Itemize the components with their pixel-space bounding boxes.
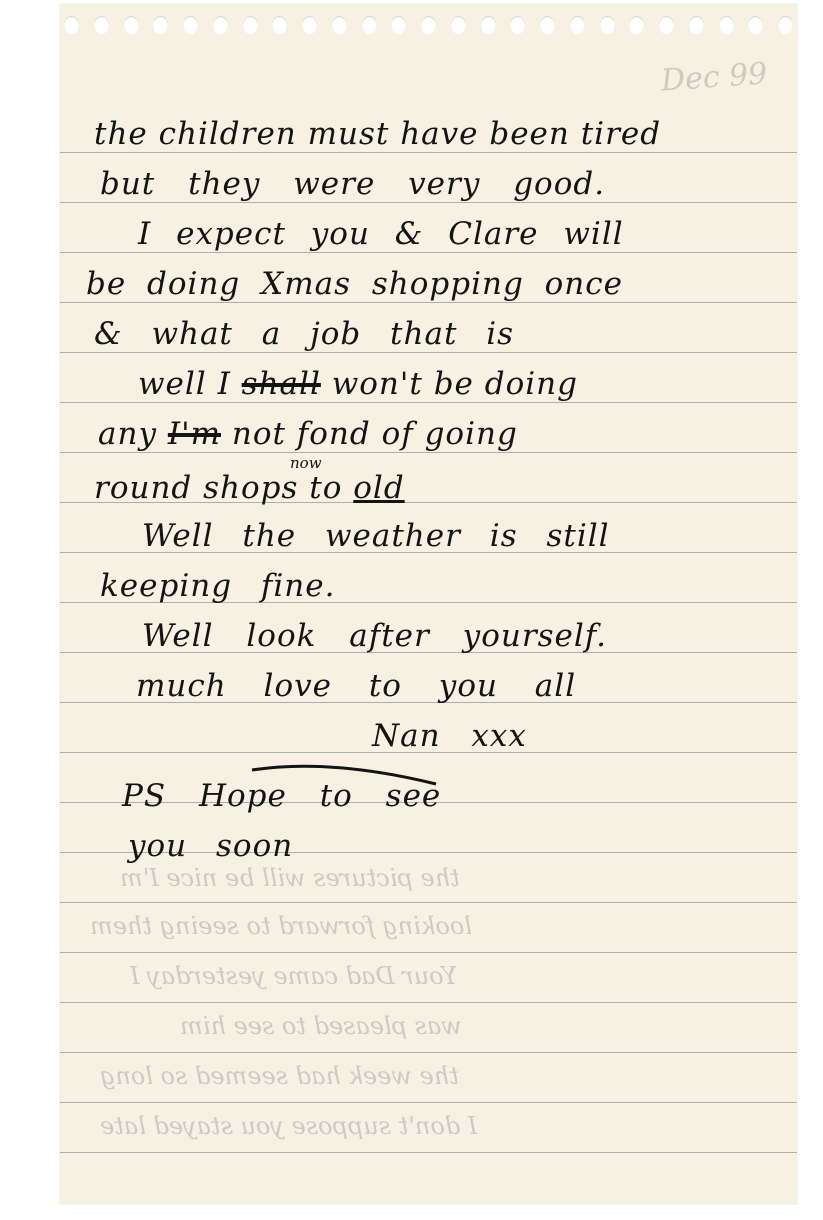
postscript-line: PS Hope to see: [122, 778, 441, 814]
ruled-line: [60, 202, 797, 203]
ruled-line: [60, 1052, 797, 1053]
struck-word: shall: [242, 366, 321, 402]
ruled-line: [60, 902, 797, 903]
letter-line: Well look after yourself.: [142, 618, 607, 654]
ruled-line: [60, 402, 797, 403]
letter-page: Dec 99 the pictures will be nice I'm loo…: [60, 4, 797, 1204]
perforation-hole: [124, 16, 139, 34]
text-segment: not fond of going: [221, 416, 518, 452]
bleed-through-text: Your Dad came yesterday I: [130, 962, 457, 990]
perforation-holes: [60, 16, 797, 40]
perforation-hole: [94, 16, 109, 34]
signature: Nan xxx: [372, 718, 527, 754]
bleed-through-text: the week had seemed so long: [100, 1062, 459, 1090]
perforation-hole: [421, 16, 436, 34]
letter-line: any I'm not fond of going: [98, 416, 518, 452]
text-segment: any: [98, 416, 168, 452]
perforation-hole: [391, 16, 406, 34]
perforation-hole: [689, 16, 704, 34]
struck-word: I'm: [168, 416, 221, 452]
ruled-line: [60, 952, 797, 953]
perforation-hole: [272, 16, 287, 34]
text-segment: well I: [138, 366, 242, 402]
letter-line: well I shall won't be doing: [138, 366, 578, 402]
ruled-line: [60, 252, 797, 253]
perforation-hole: [243, 16, 258, 34]
perforation-hole: [64, 16, 79, 34]
bleed-through-text: the pictures will be nice I'm: [120, 864, 460, 892]
perforation-hole: [540, 16, 555, 34]
letter-line: keeping fine.: [100, 568, 335, 604]
perforation-hole: [659, 16, 674, 34]
ruled-line: [60, 352, 797, 353]
perforation-hole: [451, 16, 466, 34]
perforation-hole: [778, 16, 793, 34]
postscript-line: you soon: [128, 828, 293, 864]
letter-line: the children must have been tired: [94, 116, 661, 152]
ruled-line: [60, 1002, 797, 1003]
perforation-hole: [719, 16, 734, 34]
perforation-hole: [510, 16, 525, 34]
ruled-line: [60, 1102, 797, 1103]
letter-line: Well the weather is still: [142, 518, 610, 554]
bleed-through-text: looking forward to seeing them: [90, 912, 472, 940]
ruled-line: [60, 1152, 797, 1153]
text-segment: to: [309, 470, 353, 506]
text-segment: won't be doing: [321, 366, 578, 402]
perforation-hole: [600, 16, 615, 34]
ruled-line: [60, 302, 797, 303]
ruled-line: [60, 452, 797, 453]
ruled-line: [60, 152, 797, 153]
letter-line: & what a job that is: [94, 316, 514, 352]
perforation-hole: [748, 16, 763, 34]
perforation-hole: [183, 16, 198, 34]
perforation-hole: [481, 16, 496, 34]
letter-line: be doing Xmas shopping once: [86, 266, 623, 302]
perforation-hole: [629, 16, 644, 34]
letter-line: but they were very good.: [100, 166, 605, 202]
text-segment: round shops: [94, 470, 309, 506]
underlined-word: old: [353, 470, 404, 506]
bleed-through-text: I don't suppose you stayed late: [100, 1112, 477, 1140]
letter-line: much love to you all: [136, 668, 576, 704]
perforation-hole: [153, 16, 168, 34]
perforation-hole: [362, 16, 377, 34]
perforation-hole: [213, 16, 228, 34]
faint-date: Dec 99: [660, 56, 769, 98]
perforation-hole: [332, 16, 347, 34]
perforation-hole: [302, 16, 317, 34]
letter-line: I expect you & Clare will: [138, 216, 624, 252]
bleed-through-text: was pleased to see him: [180, 1012, 462, 1040]
letter-line: round shops to old: [94, 470, 405, 506]
perforation-hole: [570, 16, 585, 34]
